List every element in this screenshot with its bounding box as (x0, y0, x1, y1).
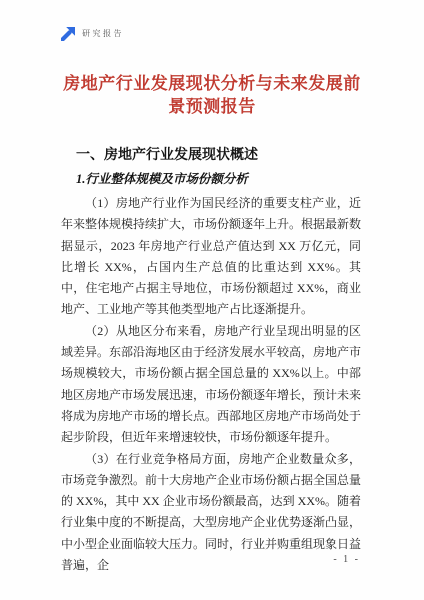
body-paragraph: （3）在行业竞争格局方面，房地产企业数量众多，市场竞争激烈。前十大房地产企业市场… (61, 449, 361, 577)
document-body: 一、房地产行业发展现状概述 1.行业整体规模及市场份额分析 （1）房地产行业作为… (61, 144, 361, 576)
report-title: 房地产行业发展现状分析与未来发展前景预测报告 (56, 72, 368, 118)
body-paragraph: （2）从地区分布来看，房地产行业呈现出明显的区域差异。东部沿海地区由于经济发展水… (61, 321, 361, 449)
brand-logo: 研究报告 (61, 26, 124, 41)
sub-heading: 1.行业整体规模及市场份额分析 (61, 170, 361, 189)
section-heading: 一、房地产行业发展现状概述 (61, 144, 361, 164)
body-paragraph: （1）房地产行业作为国民经济的重要支柱产业，近年来整体规模持续扩大，市场份额逐年… (61, 193, 361, 321)
brand-logo-text: 研究报告 (82, 28, 124, 39)
document-page: 研究报告 房地产行业发展现状分析与未来发展前景预测报告 一、房地产行业发展现状概… (0, 0, 424, 600)
page-number: - 1 - (333, 554, 360, 565)
arrow-up-right-icon (61, 26, 76, 41)
